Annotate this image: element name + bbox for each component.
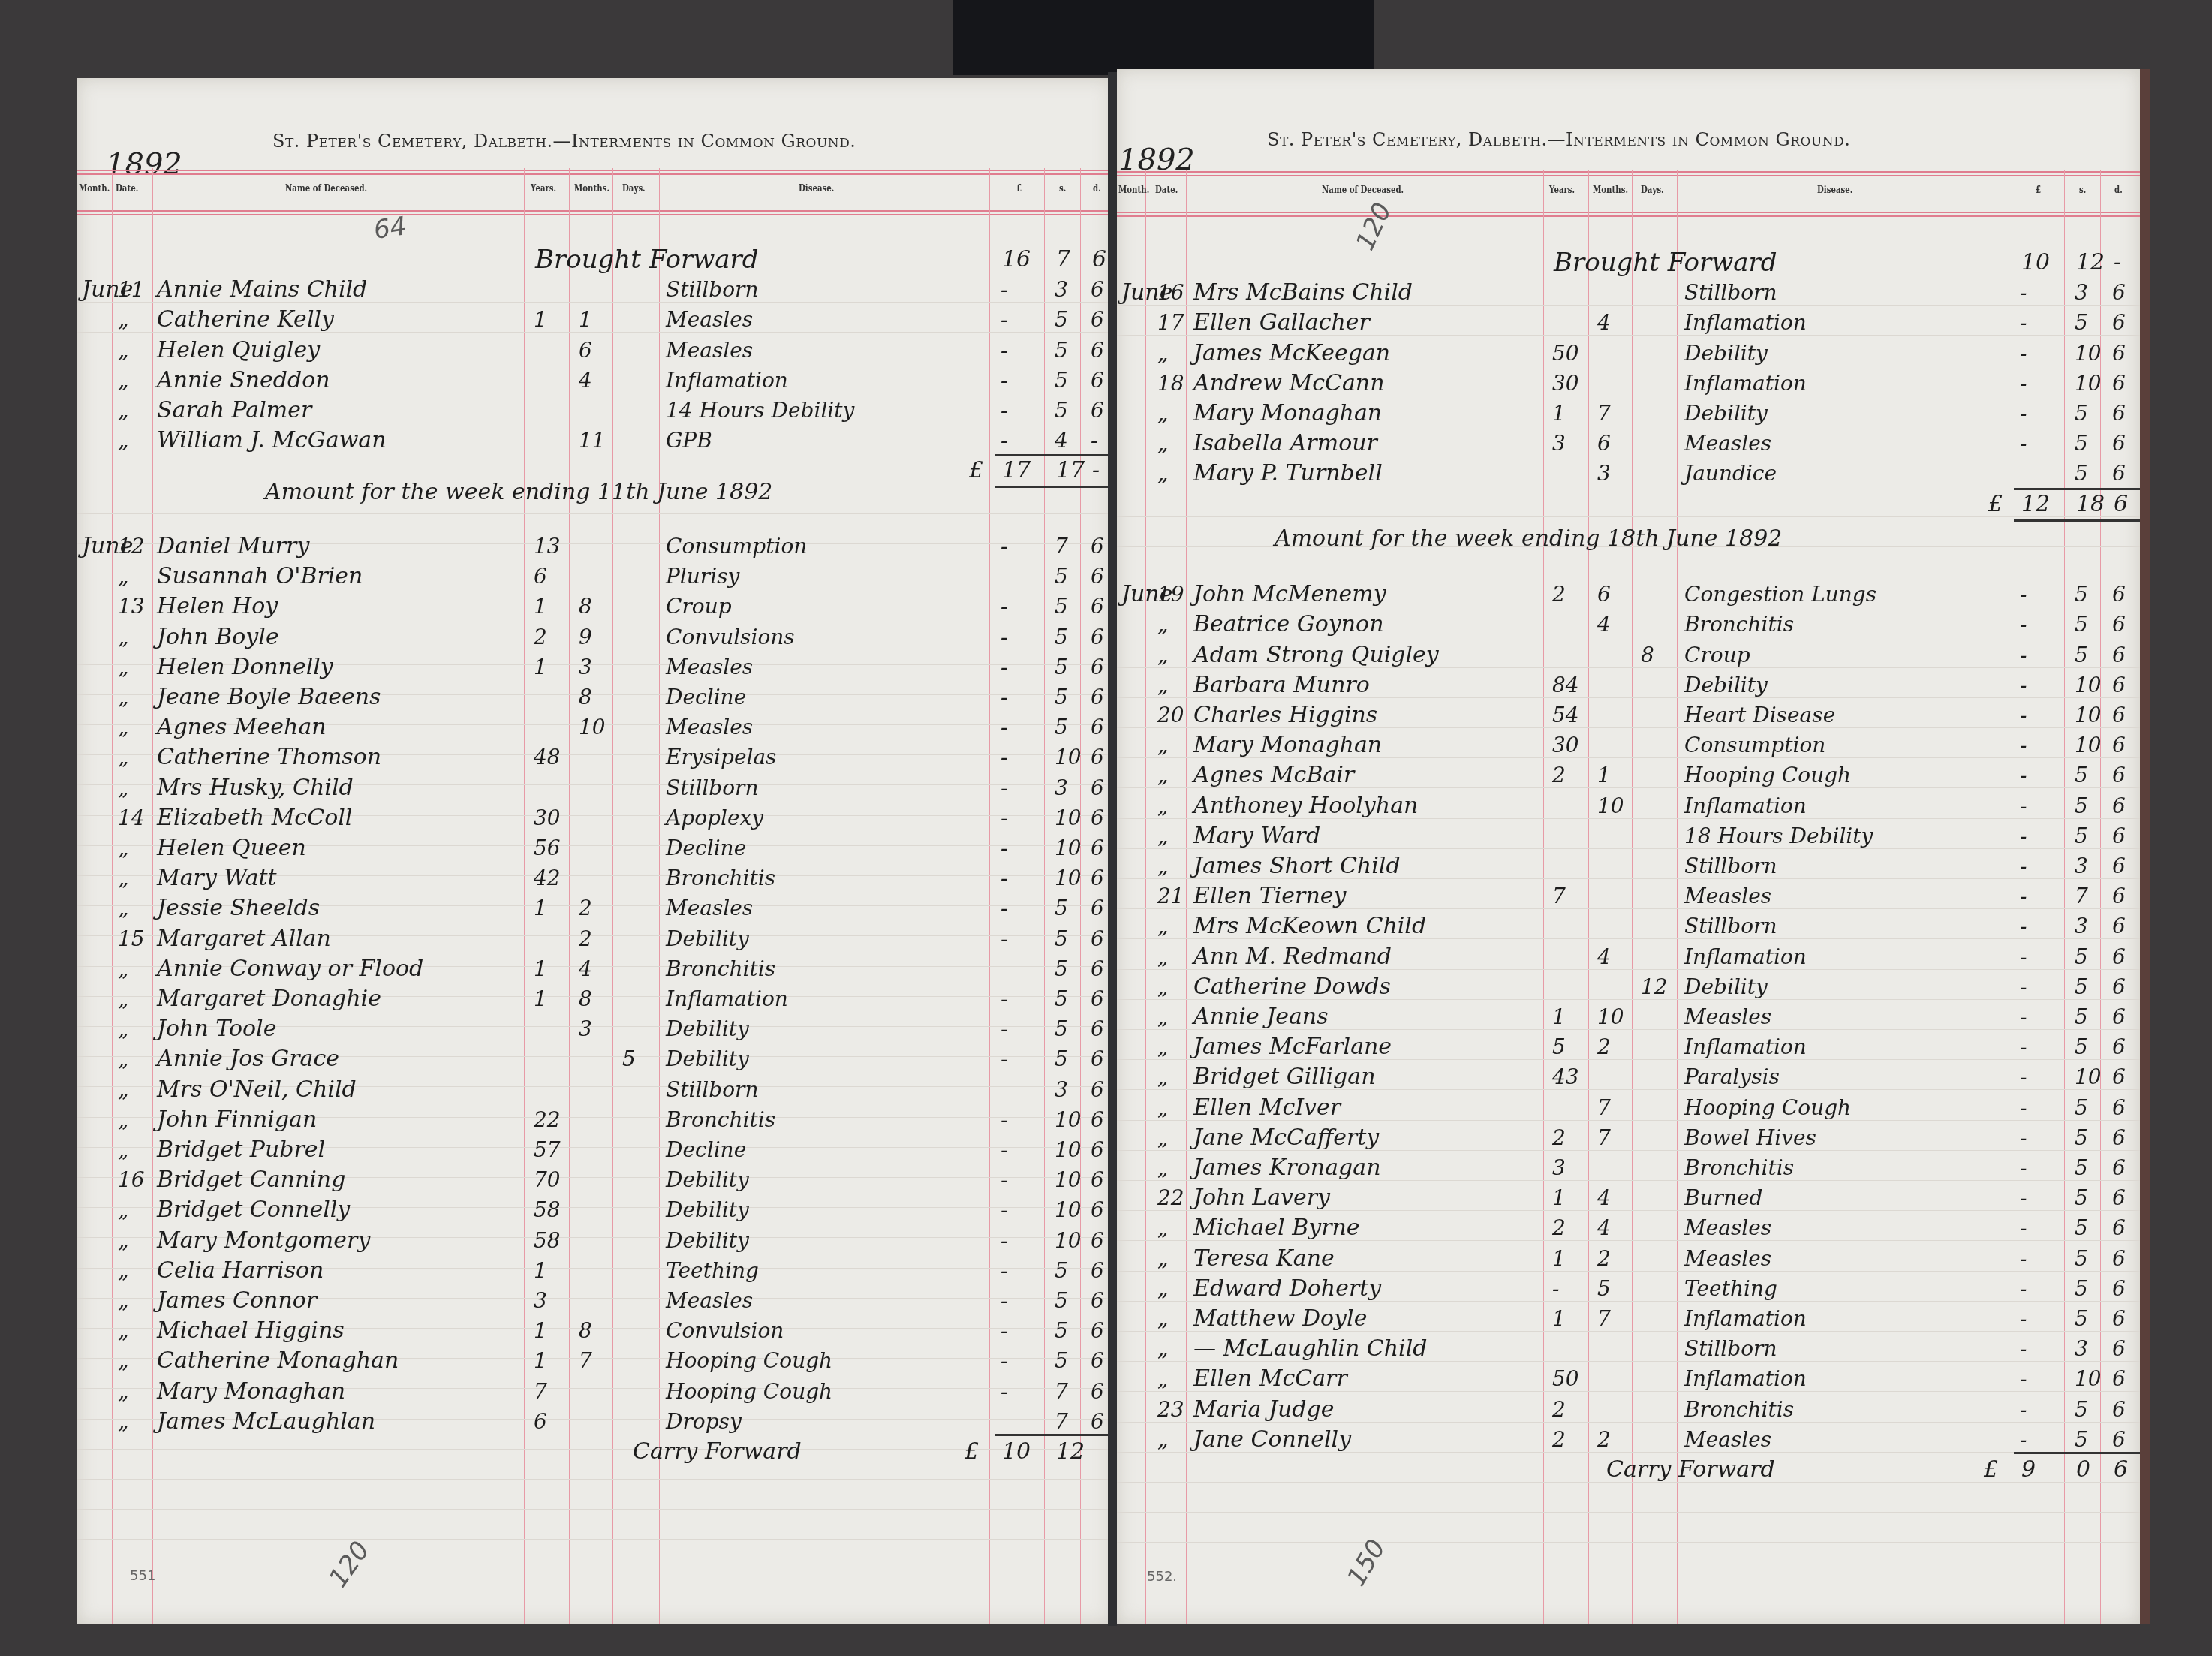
cell-pounds: - bbox=[2020, 700, 2027, 730]
cell-pence: 6 bbox=[1091, 924, 1104, 954]
cell-name: Catherine Thomson bbox=[157, 742, 381, 772]
cell-pounds: - bbox=[2020, 1304, 2027, 1334]
cell-date: „ bbox=[118, 396, 129, 426]
cell-disease: Inflamation bbox=[666, 984, 788, 1014]
cell-months: 2 bbox=[579, 893, 592, 923]
cell-pence: 6 bbox=[2112, 942, 2126, 972]
cell-name: Isabella Armour bbox=[1193, 429, 1377, 459]
cell-shillings: 5 bbox=[1055, 366, 1068, 396]
cell-pence: 6 bbox=[1091, 1014, 1104, 1044]
cell-pence: 6 bbox=[1091, 984, 1104, 1014]
cell-name: James McKeegan bbox=[1193, 339, 1390, 369]
table-row: „Bridget Gilligan43Paralysis-106 bbox=[1117, 1062, 2140, 1092]
table-row: „Beatrice Goynon4Bronchitis-56 bbox=[1117, 610, 2140, 640]
cell-name: Helen Quigley bbox=[157, 336, 320, 366]
cell-date: „ bbox=[118, 1075, 129, 1105]
cell-pounds: - bbox=[1001, 622, 1007, 652]
cell-pence: 6 bbox=[1091, 592, 1104, 622]
table-row: „Edward Doherty-5Teething-56 bbox=[1117, 1274, 2140, 1304]
cell-shillings: 3 bbox=[1055, 1075, 1068, 1105]
cell-pounds: - bbox=[2020, 1334, 2027, 1364]
cell-pounds: - bbox=[2020, 760, 2027, 790]
cell-pence: 6 bbox=[2112, 1032, 2126, 1062]
cell-date: „ bbox=[118, 1226, 129, 1256]
cell-pence: 6 bbox=[2112, 278, 2126, 308]
column-header-months: Months. bbox=[1593, 185, 1628, 195]
cell-date: „ bbox=[1157, 640, 1169, 670]
week-total-shillings: 17 bbox=[1056, 456, 1085, 486]
cell-date: „ bbox=[1157, 1153, 1169, 1183]
cell-pence: 6 bbox=[1091, 1286, 1104, 1316]
cell-pounds: - bbox=[1001, 712, 1007, 742]
table-row: „Sarah Palmer14 Hours Debility-56 bbox=[77, 396, 1112, 426]
cell-name: Mrs McBains Child bbox=[1193, 278, 1413, 308]
cell-pence: 6 bbox=[2112, 610, 2126, 640]
cell-date: „ bbox=[1157, 821, 1169, 851]
cell-name: Mrs McKeown Child bbox=[1193, 911, 1426, 941]
cell-pounds: - bbox=[1001, 863, 1007, 893]
cell-disease: Bronchitis bbox=[1684, 1153, 1794, 1183]
cell-months: 7 bbox=[579, 1346, 592, 1376]
table-row: „Barbara Munro84Debility-106 bbox=[1117, 670, 2140, 700]
sum-rule bbox=[2014, 519, 2140, 522]
cell-shillings: 5 bbox=[2075, 1123, 2088, 1153]
cell-shillings: 7 bbox=[1055, 1407, 1068, 1437]
cell-pence: 6 bbox=[1091, 1407, 1104, 1437]
cell-disease: Debility bbox=[666, 1226, 749, 1256]
column-header-name: Name of Deceased. bbox=[1322, 185, 1404, 195]
cell-date: „ bbox=[1157, 730, 1169, 760]
cell-years: 50 bbox=[1552, 339, 1579, 369]
cell-disease: Debility bbox=[666, 1014, 749, 1044]
cell-disease: Erysipelas bbox=[666, 742, 776, 772]
cell-years: 54 bbox=[1552, 700, 1579, 730]
cell-disease: Stillborn bbox=[1684, 851, 1777, 881]
table-row: „John Toole3Debility-56 bbox=[77, 1014, 1112, 1044]
table-row: „John Boyle29Convulsions-56 bbox=[77, 622, 1112, 652]
page-title: St. Peter's Cemetery, Dalbeth.—Interment… bbox=[272, 131, 856, 152]
cell-pence: 6 bbox=[2112, 459, 2126, 489]
cell-date: „ bbox=[1157, 459, 1169, 489]
cell-pounds: - bbox=[1001, 592, 1007, 622]
cell-shillings: 5 bbox=[1055, 712, 1068, 742]
cell-months: 2 bbox=[579, 924, 592, 954]
cell-shillings: 10 bbox=[1055, 833, 1082, 863]
table-row: „Mary Ward18 Hours Debility-56 bbox=[1117, 821, 2140, 851]
table-row: 16Bridget Canning70Debility-106 bbox=[77, 1165, 1112, 1195]
cell-pence: 6 bbox=[2112, 791, 2126, 821]
cell-pounds: - bbox=[1001, 1105, 1007, 1135]
cell-name: Beatrice Goynon bbox=[1193, 610, 1383, 640]
cell-pounds: - bbox=[2020, 670, 2027, 700]
cell-months: 6 bbox=[579, 336, 592, 366]
cell-pence: 6 bbox=[2112, 1062, 2126, 1092]
sum-rule bbox=[2014, 1452, 2140, 1454]
cell-pence: 6 bbox=[2112, 1093, 2126, 1123]
cell-disease: Teething bbox=[666, 1256, 759, 1286]
cell-shillings: 10 bbox=[2075, 700, 2102, 730]
table-row: „Mrs McKeown ChildStillborn-36 bbox=[1117, 911, 2140, 941]
cell-pence: 6 bbox=[1091, 1346, 1104, 1376]
cell-disease: Bronchitis bbox=[666, 954, 775, 984]
cell-disease: Debility bbox=[666, 924, 749, 954]
cell-shillings: 5 bbox=[2075, 1183, 2088, 1213]
cell-disease: Measles bbox=[1684, 1425, 1771, 1455]
cell-pence: 6 bbox=[2112, 851, 2126, 881]
cell-years: 1 bbox=[534, 893, 547, 923]
carry-forward-label: Carry Forward bbox=[1606, 1455, 1775, 1485]
cell-years: 58 bbox=[534, 1226, 561, 1256]
cell-shillings: 5 bbox=[1055, 954, 1068, 984]
cell-shillings: 10 bbox=[2075, 1364, 2102, 1394]
cell-name: Jane McCafferty bbox=[1193, 1123, 1379, 1153]
table-row: June11Annie Mains ChildStillborn-36 bbox=[77, 275, 1112, 305]
column-header-pounds: £ bbox=[2036, 185, 2041, 195]
cell-name: Teresa Kane bbox=[1193, 1244, 1335, 1274]
cell-pence: 6 bbox=[1091, 275, 1104, 305]
cell-date: „ bbox=[118, 1195, 129, 1225]
cell-name: Andrew McCann bbox=[1193, 369, 1385, 399]
cell-months: 8 bbox=[579, 592, 592, 622]
week-total-shillings: 18 bbox=[2076, 489, 2105, 519]
cell-disease: Decline bbox=[666, 833, 746, 863]
week-total-pounds: 12 bbox=[2021, 489, 2050, 519]
book-gutter-shadow bbox=[953, 0, 1374, 75]
carry-forward-pence: 6 bbox=[2114, 1455, 2128, 1485]
cell-months: 4 bbox=[1597, 1183, 1611, 1213]
cell-pence: 6 bbox=[2112, 369, 2126, 399]
cell-months: 4 bbox=[579, 954, 592, 984]
cell-months: 8 bbox=[579, 1316, 592, 1346]
cell-pence: 6 bbox=[2112, 1334, 2126, 1364]
cell-pence: 6 bbox=[1091, 803, 1104, 833]
column-header-days: Days. bbox=[622, 183, 646, 194]
cell-date: 16 bbox=[118, 1165, 145, 1195]
cell-disease: Hooping Cough bbox=[666, 1377, 832, 1407]
cell-shillings: 10 bbox=[1055, 742, 1082, 772]
cell-pounds: - bbox=[1001, 1346, 1007, 1376]
cell-months: 4 bbox=[1597, 942, 1611, 972]
cell-pounds: - bbox=[1001, 426, 1007, 456]
carry-forward-row: Carry Forward£906 bbox=[1117, 1455, 2140, 1485]
cell-shillings: 10 bbox=[2075, 339, 2102, 369]
header-rule-bottom bbox=[1117, 212, 2140, 217]
cell-disease: Bowel Hives bbox=[1684, 1123, 1816, 1153]
cell-pounds: - bbox=[2020, 1395, 2027, 1425]
cell-shillings: 7 bbox=[1055, 531, 1068, 562]
table-row: „Celia Harrison1Teething-56 bbox=[77, 1256, 1112, 1286]
cell-name: — McLaughlin Child bbox=[1193, 1334, 1427, 1364]
cell-pounds: - bbox=[1001, 893, 1007, 923]
cell-name: Helen Donnelly bbox=[157, 652, 333, 682]
cell-shillings: 10 bbox=[1055, 1135, 1082, 1165]
cell-disease: Apoplexy bbox=[666, 803, 763, 833]
cell-name: Annie Mains Child bbox=[157, 275, 367, 305]
cell-disease: Inflamation bbox=[1684, 369, 1807, 399]
cell-date: „ bbox=[1157, 791, 1169, 821]
ruled-line bbox=[77, 1539, 1112, 1540]
cell-pence: 6 bbox=[2112, 339, 2126, 369]
cell-shillings: 5 bbox=[2075, 972, 2088, 1002]
cell-pounds: - bbox=[2020, 1093, 2027, 1123]
cell-pence: 6 bbox=[1091, 1105, 1104, 1135]
cell-date: „ bbox=[118, 426, 129, 456]
folio-number: 551 bbox=[130, 1568, 155, 1584]
cell-months: 6 bbox=[1597, 429, 1611, 459]
cell-years: 56 bbox=[534, 833, 561, 863]
cell-days: 8 bbox=[1641, 640, 1654, 670]
cell-pence: 6 bbox=[2112, 670, 2126, 700]
cell-name: Margaret Allan bbox=[157, 924, 331, 954]
column-header-disease: Disease. bbox=[1817, 185, 1852, 195]
cell-disease: Measles bbox=[1684, 1213, 1771, 1243]
cell-shillings: 3 bbox=[2075, 1334, 2088, 1364]
cell-pence: 6 bbox=[1091, 366, 1104, 396]
cell-shillings: 5 bbox=[2075, 429, 2088, 459]
cell-years: 43 bbox=[1552, 1062, 1579, 1092]
cell-name: Annie Conway or Flood bbox=[157, 954, 423, 984]
cell-pounds: - bbox=[2020, 1274, 2027, 1304]
cell-pounds: - bbox=[1001, 652, 1007, 682]
cell-name: Mrs Husky, Child bbox=[157, 773, 354, 803]
cell-date: „ bbox=[1157, 339, 1169, 369]
cell-shillings: 5 bbox=[1055, 1286, 1068, 1316]
brought-forward-pence: - bbox=[2114, 248, 2121, 278]
table-row: „Michael Higgins18Convulsion-56 bbox=[77, 1316, 1112, 1346]
cell-pence: 6 bbox=[2112, 1244, 2126, 1274]
cell-years: 7 bbox=[534, 1377, 547, 1407]
table-row: 18Andrew McCann30Inflamation-106 bbox=[1117, 369, 2140, 399]
table-row: „Agnes Meehan10Measles-56 bbox=[77, 712, 1112, 742]
cell-disease: Inflamation bbox=[1684, 1364, 1807, 1394]
table-row: „Bridget Connelly58Debility-106 bbox=[77, 1195, 1112, 1225]
cell-date: „ bbox=[1157, 1123, 1169, 1153]
cell-shillings: 3 bbox=[2075, 851, 2088, 881]
cell-date: „ bbox=[1157, 942, 1169, 972]
cell-pounds: - bbox=[2020, 881, 2027, 911]
cell-shillings: 5 bbox=[2075, 1002, 2088, 1032]
cell-years: 5 bbox=[1552, 1032, 1566, 1062]
cell-pounds: - bbox=[1001, 1316, 1007, 1346]
cell-pence: 6 bbox=[2112, 1213, 2126, 1243]
cell-disease: Stillborn bbox=[666, 773, 759, 803]
cell-pence: 6 bbox=[1091, 863, 1104, 893]
cell-months: 2 bbox=[1597, 1032, 1611, 1062]
cell-date: „ bbox=[118, 984, 129, 1014]
table-row: „Anthoney Hoolyhan10Inflamation-56 bbox=[1117, 791, 2140, 821]
table-row: „John Finnigan22Bronchitis-106 bbox=[77, 1105, 1112, 1135]
week-total-pounds: 17 bbox=[1002, 456, 1031, 486]
cell-date: „ bbox=[1157, 1032, 1169, 1062]
cell-pounds: - bbox=[2020, 1213, 2027, 1243]
cell-date: „ bbox=[1157, 851, 1169, 881]
cell-shillings: 5 bbox=[1055, 924, 1068, 954]
carry-forward-pounds: 10 bbox=[1002, 1437, 1031, 1467]
cell-pounds: - bbox=[1001, 682, 1007, 712]
sum-rule bbox=[995, 1434, 1112, 1436]
cell-name: Mary Monaghan bbox=[157, 1377, 345, 1407]
cell-shillings: 5 bbox=[1055, 1346, 1068, 1376]
cell-disease: Debility bbox=[666, 1044, 749, 1074]
cell-date: 11 bbox=[118, 275, 145, 305]
cell-shillings: 5 bbox=[1055, 622, 1068, 652]
sum-rule bbox=[995, 486, 1112, 488]
table-row: „Susannah O'Brien6Plurisy56 bbox=[77, 562, 1112, 592]
cell-pence: 6 bbox=[2112, 580, 2126, 610]
cell-pence: 6 bbox=[1091, 1256, 1104, 1286]
cell-shillings: 5 bbox=[1055, 1014, 1068, 1044]
cell-disease: Consumption bbox=[666, 531, 807, 562]
cell-name: Ellen McCarr bbox=[1193, 1364, 1347, 1394]
cell-pence: 6 bbox=[1091, 531, 1104, 562]
brought-forward-row: Brought Forward1012- bbox=[1117, 248, 2140, 278]
column-header-name: Name of Deceased. bbox=[285, 183, 367, 194]
cell-date: 13 bbox=[118, 592, 145, 622]
cell-pounds: - bbox=[1001, 1014, 1007, 1044]
cell-shillings: 5 bbox=[2075, 459, 2088, 489]
cell-years: 1 bbox=[534, 1316, 547, 1346]
cell-pounds: - bbox=[1001, 336, 1007, 366]
cell-disease: Debility bbox=[666, 1195, 749, 1225]
cell-pence: 6 bbox=[2112, 640, 2126, 670]
cell-shillings: 5 bbox=[2075, 942, 2088, 972]
cell-date: „ bbox=[1157, 1244, 1169, 1274]
table-row: „William J. McGawan11GPB-4- bbox=[77, 426, 1112, 456]
cell-pounds: - bbox=[1001, 1377, 1007, 1407]
cell-pence: 6 bbox=[2112, 700, 2126, 730]
cell-date: „ bbox=[118, 893, 129, 923]
cell-shillings: 5 bbox=[2075, 791, 2088, 821]
cell-shillings: 5 bbox=[1055, 1316, 1068, 1346]
column-header-date: Date. bbox=[1155, 185, 1178, 195]
cell-disease: Burned bbox=[1684, 1183, 1763, 1213]
header-rule-top bbox=[77, 170, 1112, 175]
cell-name: Mary Monaghan bbox=[1193, 399, 1382, 429]
cell-shillings: 10 bbox=[2075, 1062, 2102, 1092]
cell-disease: Dropsy bbox=[666, 1407, 742, 1437]
cell-name: Mary Montgomery bbox=[157, 1226, 370, 1256]
cell-pence: 6 bbox=[1091, 1165, 1104, 1195]
cell-pounds: - bbox=[1001, 833, 1007, 863]
table-row: „Ellen McCarr50Inflamation-106 bbox=[1117, 1364, 2140, 1394]
cell-disease: Hooping Cough bbox=[1684, 760, 1851, 790]
table-row: „Teresa Kane12Measles-56 bbox=[1117, 1244, 2140, 1274]
table-row: 15Margaret Allan2Debility-56 bbox=[77, 924, 1112, 954]
brought-forward-label: Brought Forward bbox=[1554, 248, 1777, 278]
cell-disease: Jaundice bbox=[1684, 459, 1777, 489]
cell-pence: 6 bbox=[2112, 308, 2126, 338]
cell-date: „ bbox=[1157, 1093, 1169, 1123]
cell-disease: Bronchitis bbox=[1684, 610, 1794, 640]
cell-disease: Hooping Cough bbox=[1684, 1093, 1851, 1123]
cell-date: „ bbox=[118, 742, 129, 772]
cell-date: „ bbox=[1157, 610, 1169, 640]
cell-months: 5 bbox=[1597, 1274, 1611, 1304]
pencil-note-top: 120 bbox=[1350, 198, 1398, 255]
cell-name: Daniel Murry bbox=[157, 531, 309, 562]
cell-disease: Croup bbox=[666, 592, 732, 622]
cell-disease: Measles bbox=[666, 712, 753, 742]
cell-months: 4 bbox=[579, 366, 592, 396]
column-header-shillings: s. bbox=[1059, 183, 1066, 194]
cell-pounds: - bbox=[1001, 773, 1007, 803]
column-header-pence: d. bbox=[1093, 183, 1101, 194]
table-row: 13Helen Hoy18Croup-56 bbox=[77, 592, 1112, 622]
column-header-days: Days. bbox=[1641, 185, 1664, 195]
cell-shillings: 5 bbox=[2075, 1093, 2088, 1123]
cell-shillings: 5 bbox=[2075, 1213, 2088, 1243]
cell-years: 6 bbox=[534, 562, 547, 592]
column-header-disease: Disease. bbox=[799, 183, 834, 194]
cell-disease: Stillborn bbox=[666, 275, 759, 305]
table-row: „Helen Donnelly13Measles-56 bbox=[77, 652, 1112, 682]
cell-shillings: 3 bbox=[1055, 275, 1068, 305]
column-header-years: Years. bbox=[1549, 185, 1575, 195]
cell-shillings: 5 bbox=[1055, 396, 1068, 426]
cell-years: 2 bbox=[534, 622, 547, 652]
cell-pence: 6 bbox=[2112, 821, 2126, 851]
cell-months: 10 bbox=[1597, 791, 1624, 821]
pound-sign: £ bbox=[969, 456, 983, 486]
cell-name: Annie Jeans bbox=[1193, 1002, 1329, 1032]
cell-date: „ bbox=[1157, 1425, 1169, 1455]
cell-name: Matthew Doyle bbox=[1193, 1304, 1367, 1334]
cell-shillings: 10 bbox=[1055, 1195, 1082, 1225]
table-row: June12Daniel Murry13Consumption-76 bbox=[77, 531, 1112, 562]
cell-shillings: 4 bbox=[1055, 426, 1068, 456]
table-row: „Margaret Donaghie18Inflamation-56 bbox=[77, 984, 1112, 1014]
cell-pence: 6 bbox=[1091, 562, 1104, 592]
cell-name: Margaret Donaghie bbox=[157, 984, 381, 1014]
cell-years: 13 bbox=[534, 531, 561, 562]
cell-shillings: 5 bbox=[2075, 610, 2088, 640]
cell-name: Michael Higgins bbox=[157, 1316, 345, 1346]
table-row: „Mrs O'Neil, ChildStillborn36 bbox=[77, 1075, 1112, 1105]
table-row: „Mary P. Turnbell3Jaundice56 bbox=[1117, 459, 2140, 489]
cell-name: John Boyle bbox=[157, 622, 279, 652]
cell-name: Agnes Meehan bbox=[157, 712, 327, 742]
cell-disease: Stillborn bbox=[1684, 911, 1777, 941]
cell-pence: 6 bbox=[2112, 399, 2126, 429]
cell-shillings: 5 bbox=[1055, 562, 1068, 592]
cell-date: „ bbox=[118, 1256, 129, 1286]
cell-date: „ bbox=[118, 863, 129, 893]
cell-name: Bridget Gilligan bbox=[1193, 1062, 1376, 1092]
cell-pounds: - bbox=[2020, 1425, 2027, 1455]
cell-date: „ bbox=[1157, 1002, 1169, 1032]
ruled-line bbox=[1117, 1512, 2140, 1513]
column-header-date: Date. bbox=[116, 183, 138, 194]
cell-pence: 6 bbox=[2112, 1425, 2126, 1455]
pound-sign: £ bbox=[965, 1437, 979, 1467]
week-total-pence: 6 bbox=[2114, 489, 2128, 519]
cell-name: Mary Monaghan bbox=[1193, 730, 1382, 760]
cell-months: 7 bbox=[1597, 399, 1611, 429]
cell-years: 2 bbox=[1552, 760, 1566, 790]
cell-pounds: - bbox=[2020, 640, 2027, 670]
cell-shillings: 5 bbox=[1055, 592, 1068, 622]
cell-shillings: 5 bbox=[2075, 399, 2088, 429]
cell-years: 1 bbox=[534, 1256, 547, 1286]
ruled-line bbox=[1117, 577, 2140, 577]
cell-shillings: 5 bbox=[2075, 1032, 2088, 1062]
table-row: 21Ellen Tierney7Measles-76 bbox=[1117, 881, 2140, 911]
table-row: „Helen Queen56Decline-106 bbox=[77, 833, 1112, 863]
cell-disease: Measles bbox=[666, 652, 753, 682]
week-ending-note: Amount for the week ending 11th June 189… bbox=[265, 479, 772, 505]
cell-pounds: - bbox=[2020, 1002, 2027, 1032]
cell-name: Edward Doherty bbox=[1193, 1274, 1381, 1304]
